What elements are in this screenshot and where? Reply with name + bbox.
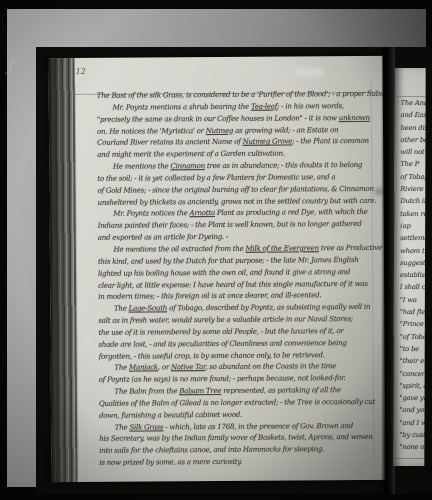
facing-handwritten-line: whom the xyxy=(400,247,425,259)
facing-text-block: The Anasand East,been discoother beforwi… xyxy=(399,99,425,456)
facing-bottom-rule xyxy=(395,458,424,459)
facing-top-rule xyxy=(397,96,426,97)
facing-handwritten-line: "their exile xyxy=(400,357,425,369)
facing-handwritten-line: will not xyxy=(400,148,425,160)
facing-handwritten-line: "and I wish xyxy=(399,419,424,431)
handwritten-text-block: The Bast of the silk Grass, is considere… xyxy=(97,89,384,470)
facing-handwritten-line: "to be xyxy=(400,345,425,357)
facing-handwritten-line: settlement xyxy=(400,234,425,246)
facing-handwritten-line: been disco xyxy=(400,124,425,136)
facing-handwritten-line: "Prince ho xyxy=(400,320,425,332)
light-smudge xyxy=(297,68,323,76)
facing-handwritten-line: of Tobago, xyxy=(400,173,425,185)
facing-handwritten-line: "by custom xyxy=(399,431,424,443)
handwritten-line: is now prized by some, as a mere curiosi… xyxy=(99,456,377,470)
facing-handwritten-line: and East, xyxy=(401,111,426,123)
facing-handwritten-line: "spirit, asked xyxy=(400,382,425,394)
facing-handwritten-line: "of Tobago xyxy=(400,333,425,345)
facing-handwritten-line: I shall copy xyxy=(400,283,425,295)
page-number: 12 xyxy=(76,67,86,76)
facing-handwritten-line: Dutch in wh xyxy=(400,197,425,209)
facing-handwritten-line: "and you h xyxy=(399,406,424,418)
facing-handwritten-line: (ap xyxy=(400,222,425,234)
facing-handwritten-line: Riviere f xyxy=(400,185,425,197)
facing-handwritten-line: taken refug xyxy=(400,210,425,222)
facing-handwritten-line: suggested xyxy=(400,259,425,271)
facing-handwritten-line: The P xyxy=(400,160,425,172)
binding-gutter-shadow xyxy=(49,58,78,482)
facing-handwritten-line: establishm xyxy=(400,271,425,283)
facing-handwritten-line: "gave you xyxy=(400,394,425,406)
facing-handwritten-line: "concerning xyxy=(400,369,425,381)
manuscript-page: 12 The Bast of the silk Grass, is consid… xyxy=(49,56,386,482)
facing-handwritten-line: "none of w xyxy=(399,443,424,455)
facing-handwritten-line: "I wa xyxy=(400,296,425,308)
facing-handwritten-line: "had fled xyxy=(400,308,425,320)
facing-handwritten-line: other befor xyxy=(400,136,425,148)
facing-page-sliver: The Anasand East,been discoother beforwi… xyxy=(393,68,425,466)
facing-handwritten-line: The Anas xyxy=(401,99,426,111)
